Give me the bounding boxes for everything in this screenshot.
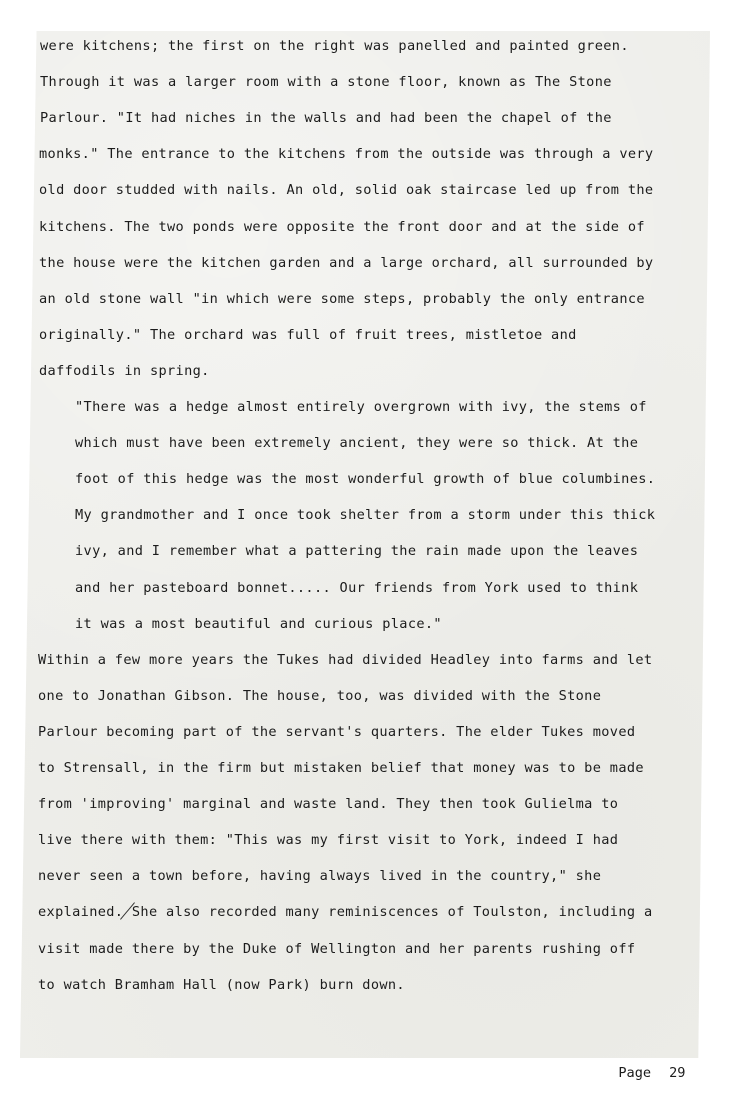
text-line: Through it was a larger room with a ston… bbox=[40, 73, 612, 91]
text-line: an old stone wall "in which were some st… bbox=[39, 290, 645, 308]
text-line: "There was a hedge almost entirely overg… bbox=[75, 398, 647, 416]
text-line: one to Jonathan Gibson. The house, too, … bbox=[38, 687, 601, 705]
text-line: ivy, and I remember what a pattering the… bbox=[75, 542, 638, 560]
text-line: were kitchens; the first on the right wa… bbox=[40, 37, 629, 55]
text-line: Parlour becoming part of the servant's q… bbox=[38, 723, 635, 741]
text-line: live there with them: "This was my first… bbox=[38, 831, 618, 849]
text-line: to Strensall, in the firm but mistaken b… bbox=[38, 759, 644, 777]
text-line: daffodils in spring. bbox=[39, 362, 210, 380]
text-line: Parlour. "It had niches in the walls and… bbox=[40, 109, 612, 127]
text-line: from 'improving' marginal and waste land… bbox=[38, 795, 618, 813]
page-footer: Page29 bbox=[602, 1049, 686, 1081]
text-line: foot of this hedge was the most wonderfu… bbox=[75, 470, 655, 488]
text-line: old door studded with nails. An old, sol… bbox=[39, 181, 653, 199]
text-line: My grandmother and I once took shelter f… bbox=[75, 506, 655, 524]
text-line: monks." The entrance to the kitchens fro… bbox=[39, 145, 653, 163]
hand-corrected-word: She bbox=[132, 903, 158, 921]
text-line: never seen a town before, having always … bbox=[38, 867, 601, 885]
text-line: and her pasteboard bonnet..... Our frien… bbox=[75, 579, 638, 597]
text-line: kitchens. The two ponds were opposite th… bbox=[39, 218, 645, 236]
text-line: explained. She also recorded many remini… bbox=[38, 903, 652, 921]
text-line: which must have been extremely ancient, … bbox=[75, 434, 638, 452]
text-line: Within a few more years the Tukes had di… bbox=[38, 651, 652, 669]
page-label: Page bbox=[618, 1065, 651, 1081]
text-line: to watch Bramham Hall (now Park) burn do… bbox=[38, 976, 405, 994]
text-line: it was a most beautiful and curious plac… bbox=[75, 615, 442, 633]
text-line: originally." The orchard was full of fru… bbox=[39, 326, 577, 344]
text-line: the house were the kitchen garden and a … bbox=[39, 254, 653, 272]
page-number: 29 bbox=[669, 1065, 685, 1081]
text-line: visit made there by the Duke of Wellingt… bbox=[38, 940, 635, 958]
